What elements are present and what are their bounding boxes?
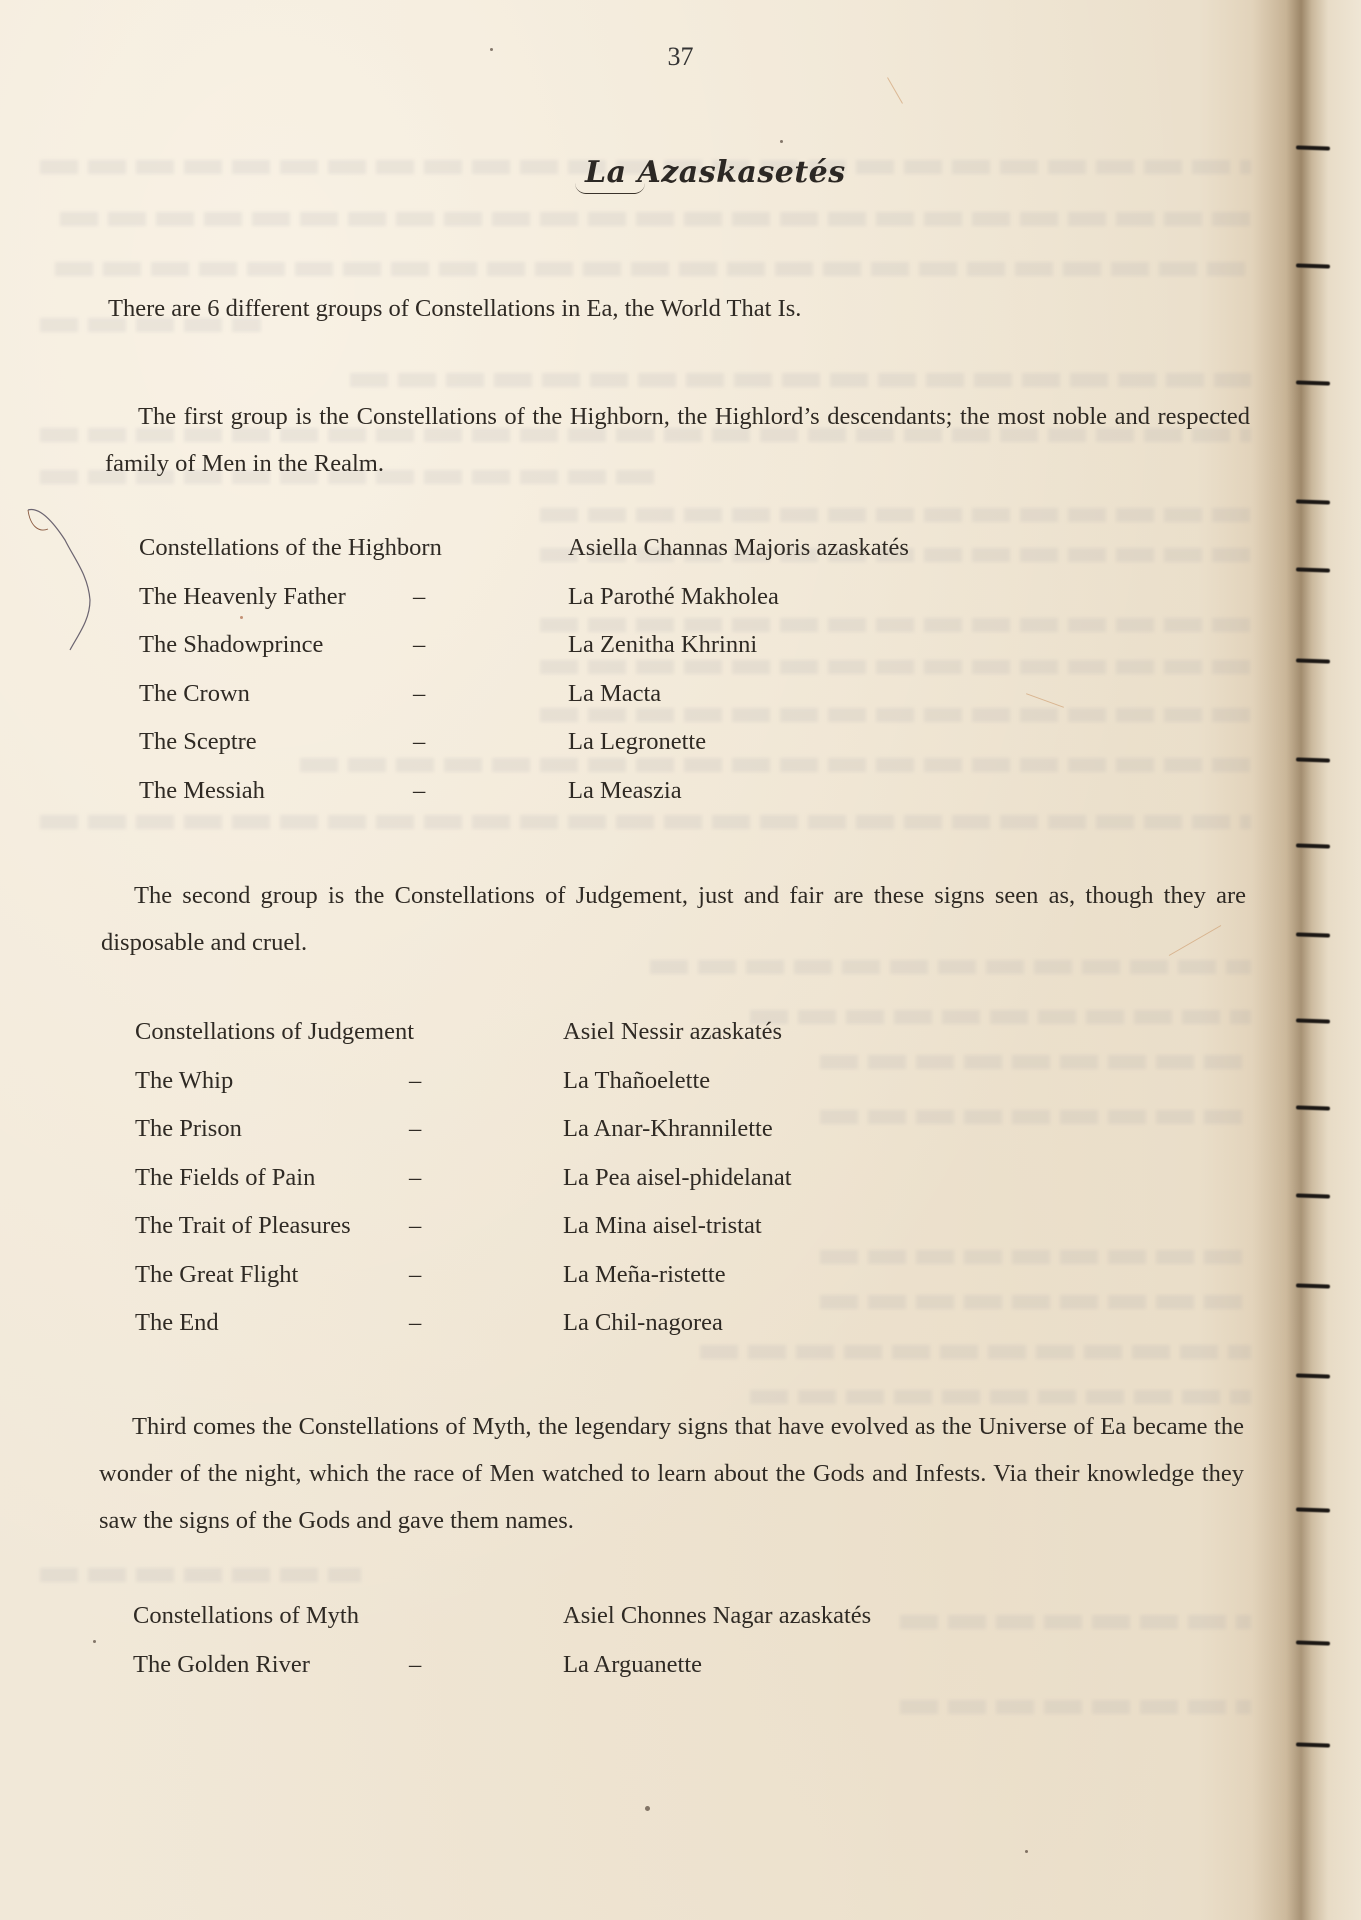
constellation-name: The Golden River (133, 1651, 310, 1679)
paper-speck (490, 48, 493, 51)
binding-stitch-icon (1296, 1283, 1330, 1288)
paper-speck (1025, 1850, 1028, 1853)
bleed-through-line (540, 708, 1251, 722)
group-header-native: Asiel Chonnes Nagar azaskatés (563, 1602, 871, 1630)
separator-dash: – (413, 583, 425, 611)
binding-stitch-icon (1296, 263, 1330, 268)
constellation-native-name: La Meña-ristette (563, 1261, 726, 1289)
bleed-through-line (900, 1700, 1251, 1714)
bleed-through-line (750, 1010, 1251, 1024)
separator-dash: – (409, 1651, 421, 1679)
constellation-native-name: La Chil-nagorea (563, 1309, 723, 1337)
binding-stitch-icon (1296, 1018, 1330, 1023)
constellation-native-name: La Measzia (568, 777, 682, 805)
paper-speck (93, 1640, 96, 1643)
bleed-through-line (700, 1345, 1251, 1359)
bleed-through-line (820, 1295, 1251, 1309)
bleed-through-line (40, 1568, 361, 1582)
binding-stitch-icon (1296, 843, 1330, 848)
constellation-native-name: La Legronette (568, 728, 706, 756)
constellation-native-name: La Zenitha Khrinni (568, 631, 757, 659)
binding-stitch-icon (1296, 1640, 1330, 1645)
myth-paragraph: Third comes the Constellations of Myth, … (99, 1403, 1244, 1544)
separator-dash: – (413, 728, 425, 756)
constellation-native-name: La Parothé Makholea (568, 583, 779, 611)
bleed-through-line (40, 815, 1251, 829)
separator-dash: – (409, 1164, 421, 1192)
bleed-through-line (540, 508, 1251, 522)
binding-stitch-icon (1296, 1507, 1330, 1512)
page-number: 37 (0, 42, 1361, 72)
group-header: Constellations of Judgement (135, 1018, 414, 1046)
bleed-through-line (55, 262, 1251, 276)
constellation-native-name: La Pea aisel-phidelanat (563, 1164, 792, 1192)
constellation-native-name: La Thañoelette (563, 1067, 710, 1095)
constellation-name: The Whip (135, 1067, 233, 1095)
group-header-native: Asiella Channas Majoris azaskatés (568, 534, 909, 562)
bleed-through-line (820, 1110, 1251, 1124)
bleed-through-line (350, 373, 1251, 387)
separator-dash: – (409, 1212, 421, 1240)
paper-speck (645, 1806, 650, 1811)
constellation-name: The Heavenly Father (139, 583, 346, 611)
bleed-through-line (60, 212, 1251, 226)
judgement-paragraph: The second group is the Constellations o… (101, 872, 1246, 966)
intro-paragraph: There are 6 different groups of Constell… (108, 285, 1253, 332)
bleed-through-line (540, 618, 1251, 632)
highborn-paragraph: The first group is the Constellations of… (105, 393, 1250, 487)
binding-stitch-icon (1296, 757, 1330, 762)
binding-stitch-icon (1296, 567, 1330, 572)
binding-stitch-icon (1296, 1193, 1330, 1198)
constellation-name: The Prison (135, 1115, 242, 1143)
page-number-text: 37 (668, 42, 694, 72)
title-flourish (575, 183, 645, 194)
bleed-through-line (820, 1055, 1251, 1069)
constellation-native-name: La Arguanette (563, 1651, 702, 1679)
constellation-name: The End (135, 1309, 219, 1337)
separator-dash: – (409, 1261, 421, 1289)
paragraph-text: Third comes the Constellations of Myth, … (99, 1413, 1244, 1534)
constellation-native-name: La Anar-Khrannilette (563, 1115, 773, 1143)
paper-speck (780, 140, 783, 143)
separator-dash: – (409, 1309, 421, 1337)
group-header: Constellations of the Highborn (139, 534, 442, 562)
pencil-doodle-icon (20, 505, 100, 655)
binding-stitch-icon (1296, 1105, 1330, 1110)
constellation-name: The Great Flight (135, 1261, 298, 1289)
separator-dash: – (413, 777, 425, 805)
bleed-through-line (540, 660, 1251, 674)
binding-stitch-icon (1296, 932, 1330, 937)
constellation-name: The Messiah (139, 777, 265, 805)
constellation-native-name: La Mina aisel-tristat (563, 1212, 762, 1240)
paragraph-text: The second group is the Constellations o… (101, 882, 1246, 956)
constellation-name: The Sceptre (139, 728, 257, 756)
paper-fiber (887, 77, 903, 103)
paragraph-text: The first group is the Constellations of… (105, 403, 1250, 477)
separator-dash: – (413, 631, 425, 659)
bleed-through-line (750, 1390, 1251, 1404)
binding-stitch-icon (1296, 380, 1330, 385)
paper-speck (240, 616, 243, 619)
binding-stitch-icon (1296, 1373, 1330, 1378)
binding-stitch-icon (1296, 145, 1330, 150)
binding-stitch-icon (1296, 1742, 1330, 1747)
group-header-native: Asiel Nessir azaskatés (563, 1018, 782, 1046)
constellation-name: The Shadowprince (139, 631, 323, 659)
separator-dash: – (409, 1067, 421, 1095)
bleed-through-line (300, 758, 1251, 772)
constellation-name: The Trait of Pleasures (135, 1212, 351, 1240)
paper-fiber (1026, 693, 1064, 708)
constellation-native-name: La Macta (568, 680, 661, 708)
bleed-through-line (820, 1250, 1251, 1264)
constellation-name: The Crown (139, 680, 250, 708)
bleed-through-line (900, 1615, 1251, 1629)
book-page: 37 La Azaskasetés There are 6 different … (0, 0, 1361, 1920)
page-title: La Azaskasetés (585, 155, 846, 190)
paragraph-text: There are 6 different groups of Constell… (108, 295, 801, 322)
separator-dash: – (409, 1115, 421, 1143)
binding-stitch-icon (1296, 658, 1330, 663)
constellation-name: The Fields of Pain (135, 1164, 315, 1192)
binding-stitch-icon (1296, 499, 1330, 504)
group-header: Constellations of Myth (133, 1602, 359, 1630)
separator-dash: – (413, 680, 425, 708)
